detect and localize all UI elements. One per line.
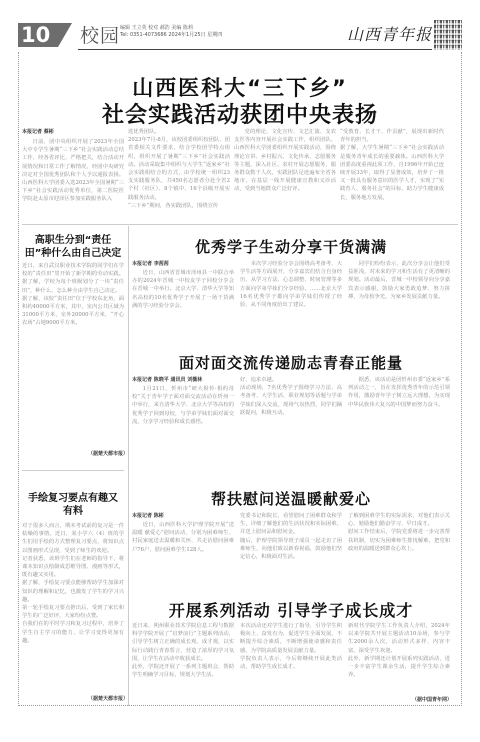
story-5-column-1: 近日，山西医科大学护理学院开展“送温暖 献爱心”慰问活动，分别为困难师生、村民家… [132,521,234,573]
story-3-column-3: 同学们纷纷表示，此次分享会让他们受益匪浅，对未来的学习和生活有了更清晰的规划。活… [348,260,450,331]
page-border-bottom [18,705,462,706]
page-border-left [18,52,19,706]
left-story-2-source: （据楚天都市报） [88,695,128,702]
story-4-col1-text: 1月21日，忻州市“研大相传·相约母校”关于青年学子面对面交流活动在忻州一中举行… [132,385,234,426]
story-6-column-3: 新时代学院学生工作负责人介绍，2024年以来学院共开展主题活动10余场，参与学生… [348,622,450,696]
page-number: 10 [18,23,58,47]
left-story-2-body: 对于很多人而言，期末考试前的复习是一件枯燥的事情。近日，某小学六（4）班的学生们… [22,522,124,692]
lead-headline-line2: 社会实践活动获团中央表扬 [58,98,422,129]
story-6-headline: 开展系列活动 引导学子成长成才 [130,598,452,621]
tel-date: Tel: 0351-4073686 2024年1月25日 星期四 [120,32,222,39]
divider-rule [22,224,458,225]
left-story-1-source: （据楚天都市报） [88,450,128,457]
story-6-column-1: 近日来，朔州职业技术学院信息工程与数据科学学院开展了“启梦前行”主题系列活动，引… [132,622,234,704]
story-4-col3-text: 据悉，该活动是团忻州市委“返家乡”系列活动之一，旨在发挥优秀青年的示范引领作用，… [348,376,450,409]
story-3-col2-text: 本次学习经验分享会围绕高考备考、大学生活等方面展开，分享嘉宾们结合自身经历，从学… [240,260,342,309]
editors: 编辑 王立英 校对 郝浩 美编 陈莉 [120,25,222,32]
divider-rule [22,470,124,471]
section-name: 校园 [80,21,120,48]
newspaper-page: 10 校园 编辑 王立英 校对 郝浩 美编 陈莉 Tel: 0351-40736… [18,18,462,706]
story-5-column-2: 党委书记和院长，看望慰问了困难群众和学生，详细了解他们的生活状况和实际困难，并送… [240,512,342,573]
story-3-col3-text: 同学们纷纷表示，此次分享会让他们受益匪浅，对未来的学习和生活有了更清晰的规划。活… [348,260,450,301]
story-3-col1-text: 近日，山西省晋城市泽州县一中联合举办的2024年晋城一中校友学子回校分享会在晋城… [132,269,234,310]
column-divider [128,226,129,706]
story-3-byline: 本报记者 李茜茜 [132,260,169,267]
lead-column-4: “受教育、长才干、作贡献”，展现出新时代青年的担当。 据了解，大学生暑期“三下乡… [340,128,444,222]
lead-col3-text: 党的理论、文化宣传、文艺汇演、支农支医等内容开展社会实践工作，组织团队、山西医科… [234,128,336,194]
page-border-right [461,52,462,706]
lead-column-2: 选优秀团队。 2023年7月-8月，该校团委组织校团队、团省委相关文件要求，结合… [128,128,230,222]
left-story-1-body: 近日，来自武汉职业技术学院的同学们在学校的“责任田”里开始了新学期的劳动实践。据… [22,262,124,448]
story-4-byline: 本报记者 陈晓平 通讯员 刘薇林 [132,376,202,383]
lead-column-3: 党的理论、文化宣传、文艺汇演、支农支医等内容开展社会实践工作，组织团队、山西医科… [234,128,336,222]
left-story-1-headline: 高职生分到“责任田”种什么由自己决定 [24,234,122,260]
story-3-headline: 优秀学子生动分享干货满满 [130,236,452,257]
lead-byline: 本报记者 蔡彬 [22,128,54,135]
story-6-column-2: 本次活动还对学生进行了指导，引导学生积极向上、奋发有为，促进学生全面发展，不断提… [240,622,342,704]
story-4-headline: 面对面交流传递励志青春正能量 [130,352,452,373]
header-rule [78,49,432,50]
story-3-column-2: 本次学习经验分享会围绕高考备考、大学生活等方面展开，分享嘉宾们结合自身经历，从学… [240,260,342,331]
masthead-logo: 山西青年报 [347,22,432,45]
story-5-byline: 本报记者 陈彬 [132,512,164,519]
story-5-col1-text: 近日，山西医科大学护理学院开展“送温暖 献爱心”慰问活动，分别为困难师生、村民家… [132,521,234,554]
story-4-column-1: 1月21日，忻州市“研大相传·相约母校”关于青年学子面对面交流活动在忻州一中举行… [132,385,234,461]
lead-column-1: 日前，团中央组织开展了2023年全国大中专学生暑期“三下乡”社会实践活动总结工作… [22,138,124,222]
left-story-2-headline: 手绘复习要点有趣又有料 [24,492,122,518]
page-header: 10 校园 编辑 王立英 校对 郝浩 美编 陈莉 Tel: 0351-40736… [18,18,462,52]
editor-info: 编辑 王立英 校对 郝浩 美编 陈莉 Tel: 0351-4073686 202… [120,25,222,39]
page-number-tab-shape [58,23,72,47]
story-6-source: （据中国青年网） [412,696,452,703]
lead-col1-text: 日前，团中央组织开展了2023年全国大中专学生暑期“三下乡”社会实践活动总结工作… [22,138,124,204]
qr-code-icon [434,20,462,50]
story-4-column-3: 据悉，该活动是团忻州市委“返家乡”系列活动之一，旨在发挥优秀青年的示范引领作用，… [348,376,450,461]
story-5-headline: 帮扶慰问送温暖献爱心 [130,488,452,509]
story-4-column-2: 好、追求卓越。 活动现场，7名优秀学子围绕学习方法、高考备考、大学生活、职业规划… [240,376,342,461]
story-3-column-1: 近日，山西省晋城市泽州县一中联合举办的2024年晋城一中校友学子回校分享会在晋城… [132,269,234,331]
story-5-column-3: 了解到困难学生的实际需求，对他们表示关心，勉励他们勤奋学习、早日成才。 慰问工作… [348,512,450,573]
